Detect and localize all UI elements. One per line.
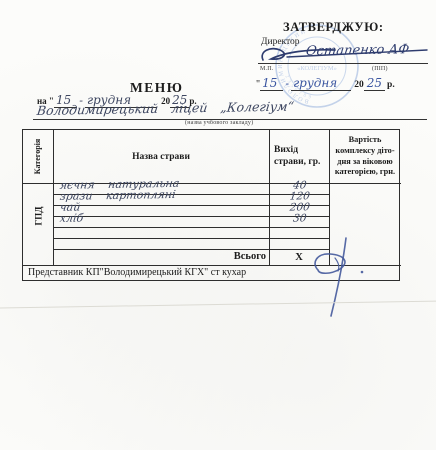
seal-abbr: М.П. — [260, 66, 273, 72]
approval-year: 25 — [364, 76, 385, 91]
cook-signature — [308, 236, 378, 320]
total-value: Х — [295, 252, 303, 263]
header-cost-line1: Вартість — [349, 135, 382, 146]
name-caption: (ПІП) — [372, 66, 388, 72]
approval-year-suffix: р. — [385, 80, 395, 90]
signature-line — [258, 63, 428, 64]
header-category: Категорія — [23, 130, 53, 183]
representative-text: Представник КП"Володимирецький КГХ" ст к… — [28, 267, 246, 278]
scanned-menu-document: ВОЛОДИМИРЕЦЬКИЙ 2356789 «КОЛЕГІУМ» ЗАТВЕ… — [0, 0, 436, 450]
header-cost-line4: категорією, грн. — [335, 167, 395, 178]
table-row-dish: хліб — [53, 216, 269, 227]
table-row-dish — [53, 227, 269, 238]
header-category-label: Категорія — [34, 139, 43, 174]
school-name: Володимирецький ліцей „Колегіум“ — [36, 99, 295, 118]
header-cost-line2: комплексу діто- — [335, 146, 394, 157]
table-row-output: 30 — [269, 216, 329, 227]
header-cost-line3: дня за віковою — [337, 157, 392, 168]
signatory-name: Остапенко АФ — [305, 42, 410, 59]
header-output: Вихід страви, гр. — [269, 130, 329, 183]
school-name-caption: (назва учбового закладу) — [185, 120, 253, 126]
header-output-line1: Вихід — [274, 145, 329, 157]
header-output-line2: страви, гр. — [274, 157, 329, 169]
approval-dash: - — [283, 77, 291, 90]
approval-date-line: "15-грудня2025р. — [256, 76, 395, 90]
header-cost: Вартість комплексу діто- дня за віковою … — [329, 130, 401, 183]
table-row-dish — [53, 238, 269, 249]
category-value: ГПД — [33, 207, 43, 226]
approval-month: грудня — [291, 76, 351, 91]
output-value: 30 — [269, 212, 331, 225]
category-cell: ГПД — [23, 183, 53, 249]
approval-day: 15 — [260, 76, 283, 91]
total-label: Всього — [234, 251, 266, 262]
approval-century: 20 — [351, 80, 364, 90]
dish-name: хліб — [53, 208, 271, 225]
total-label-cell: Всього — [53, 249, 269, 265]
approval-heading: ЗАТВЕРДЖУЮ: — [283, 20, 384, 35]
